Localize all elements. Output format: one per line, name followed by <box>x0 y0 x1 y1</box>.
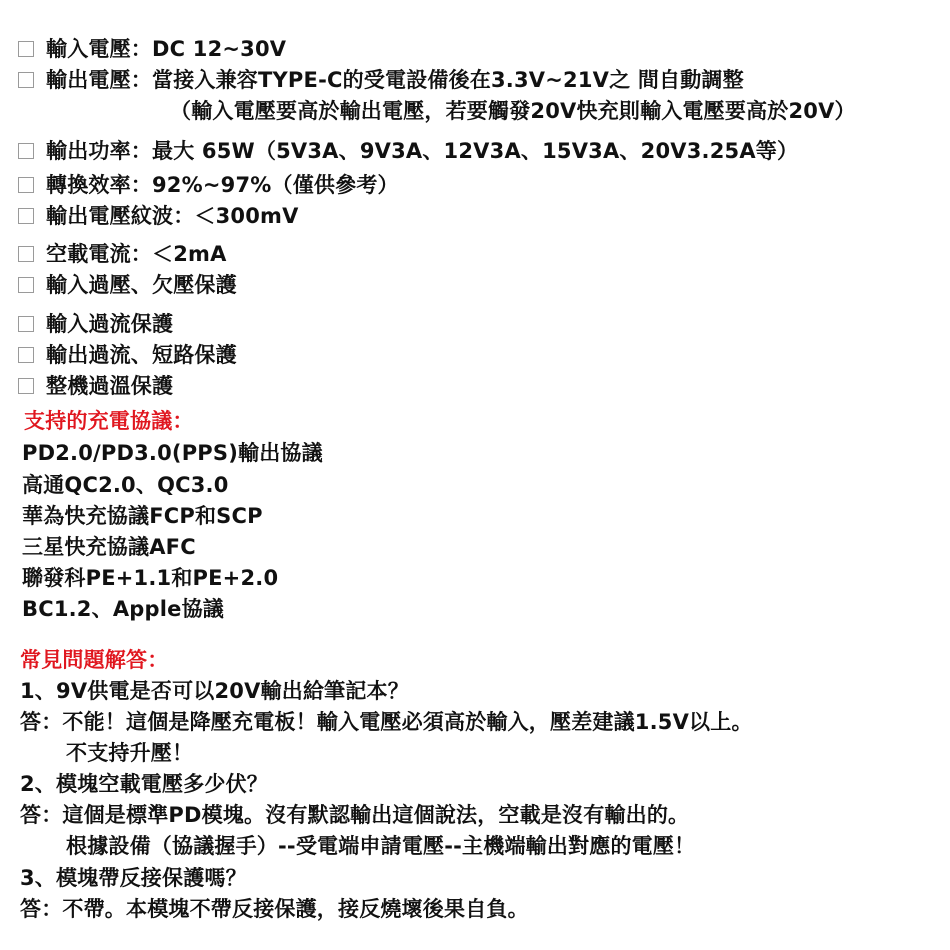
checkbox[interactable] <box>18 277 34 293</box>
spec-item: 整機過溫保護 <box>18 373 173 399</box>
spec-item: 輸入過流保護 <box>18 311 173 337</box>
spec-item: 空載電流：＜2mA <box>18 241 227 267</box>
spec-item: 輸出過流、短路保護 <box>18 342 237 368</box>
faq-answer: 答：這個是標準PD模塊。沒有默認輸出這個說法，空載是沒有輸出的。 <box>20 802 689 828</box>
faq-question: 2、模塊空載電壓多少伏？ <box>20 771 268 797</box>
protocol-item: 三星快充協議AFC <box>22 534 196 560</box>
checkbox[interactable] <box>18 143 34 159</box>
checkbox[interactable] <box>18 72 34 88</box>
faq-answer: 答：不能！這個是降壓充電板！輸入電壓必須高於輸入，壓差建議1.5V以上。 <box>20 709 753 735</box>
spec-item: 輸出電壓：當接入兼容TYPE-C的受電設備後在3.3V~21V之 間自動調整 <box>18 67 744 93</box>
faq-answer: 答：不帶。本模塊不帶反接保護，接反燒壞後果自負。 <box>20 896 529 922</box>
spec-label: 輸入電壓：DC 12~30V <box>46 36 286 62</box>
checkbox[interactable] <box>18 41 34 57</box>
spec-label: 空載電流：＜2mA <box>46 241 227 267</box>
spec-label: 整機過溫保護 <box>46 373 173 399</box>
spec-item: 輸入過壓、欠壓保護 <box>18 272 237 298</box>
spec-label: 輸出功率：最大 65W（5V3A、9V3A、12V3A、15V3A、20V3.2… <box>46 138 798 164</box>
spec-item: 輸出電壓紋波：＜300mV <box>18 203 299 229</box>
spec-label: 輸出電壓紋波：＜300mV <box>46 203 299 229</box>
protocol-item: PD2.0/PD3.0(PPS)輸出協議 <box>22 440 323 466</box>
faq-answer-continuation: 根據設備（協議握手）--受電端申請電壓--主機端輸出對應的電壓！ <box>66 833 695 859</box>
spec-label: 輸出過流、短路保護 <box>46 342 237 368</box>
spec-label: 輸入過壓、欠壓保護 <box>46 272 237 298</box>
spec-item: 輸出功率：最大 65W（5V3A、9V3A、12V3A、15V3A、20V3.2… <box>18 138 798 164</box>
protocol-item: BC1.2、Apple協議 <box>22 596 224 622</box>
checkbox[interactable] <box>18 246 34 262</box>
spec-item: 轉換效率：92%~97%（僅供參考） <box>18 172 399 198</box>
protocols-heading: 支持的充電協議： <box>24 408 194 434</box>
protocol-item: 聯發科PE+1.1和PE+2.0 <box>22 565 278 591</box>
spec-item: 輸入電壓：DC 12~30V <box>18 36 286 62</box>
checkbox[interactable] <box>18 347 34 363</box>
output-voltage-note: （輸入電壓要高於輸出電壓，若要觸發20V快充則輸入電壓要高於20V） <box>170 98 856 124</box>
protocol-item: 華為快充協議FCP和SCP <box>22 503 263 529</box>
faq-answer-continuation: 不支持升壓！ <box>66 740 193 766</box>
checkbox[interactable] <box>18 177 34 193</box>
faq-question: 3、模塊帶反接保護嗎？ <box>20 865 247 891</box>
protocol-item: 高通QC2.0、QC3.0 <box>22 472 229 498</box>
checkbox[interactable] <box>18 316 34 332</box>
spec-label: 轉換效率：92%~97%（僅供參考） <box>46 172 399 198</box>
spec-label: 輸出電壓：當接入兼容TYPE-C的受電設備後在3.3V~21V之 間自動調整 <box>46 67 744 93</box>
faq-heading: 常見問題解答： <box>20 647 168 673</box>
checkbox[interactable] <box>18 208 34 224</box>
faq-question: 1、9V供電是否可以20V輸出給筆記本？ <box>20 678 409 704</box>
spec-label: 輸入過流保護 <box>46 311 173 337</box>
checkbox[interactable] <box>18 378 34 394</box>
